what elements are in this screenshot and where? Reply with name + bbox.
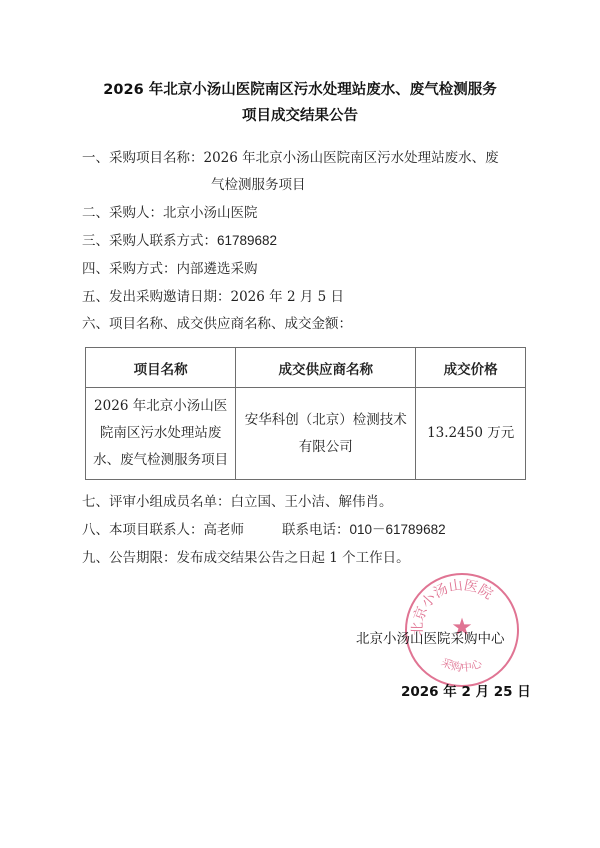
item-purchaser-contact: 三、采购人联系方式：61789682 bbox=[82, 229, 277, 249]
item-value: 内部遴选采购 bbox=[177, 261, 258, 277]
cell-price: 13.2450 万元 bbox=[416, 388, 526, 480]
item-value: 61789682 bbox=[217, 233, 277, 248]
cell-line: 2026 年北京小汤山医 bbox=[90, 393, 231, 420]
item-label: 一、采购项目名称： bbox=[82, 150, 204, 166]
document-title-line-2: 项目成交结果公告 bbox=[0, 104, 600, 125]
item-notice-period: 九、公告期限：发布成交结果公告之日起 1 个工作日。 bbox=[82, 546, 410, 566]
item-label: 四、采购方式： bbox=[82, 261, 177, 277]
item-value: 发布成交结果公告之日起 1 个工作日。 bbox=[177, 550, 410, 566]
cell-line: 有限公司 bbox=[240, 434, 411, 461]
item-purchaser: 二、采购人：北京小汤山医院 bbox=[82, 201, 258, 221]
document-title-line-1: 2026 年北京小汤山医院南区污水处理站废水、废气检测服务 bbox=[0, 78, 600, 99]
item-value: 2026 年北京小汤山医院南区污水处理站废水、废 bbox=[204, 150, 499, 166]
item-label: 六、项目名称、成交供应商名称、成交金额： bbox=[82, 316, 352, 332]
item-label: 二、采购人： bbox=[82, 205, 163, 221]
header-price: 成交价格 bbox=[416, 348, 526, 388]
item-contact-person: 八、本项目联系人：高老师联系电话：010－61789682 bbox=[82, 518, 446, 538]
cell-line: 院南区污水处理站废 bbox=[90, 420, 231, 447]
item-review-panel: 七、评审小组成员名单：白立国、王小洁、解伟肖。 bbox=[82, 490, 393, 510]
signature-organization: 北京小汤山医院采购中心 bbox=[356, 627, 505, 647]
item-project-name: 一、采购项目名称：2026 年北京小汤山医院南区污水处理站废水、废 bbox=[82, 146, 499, 166]
item-value: 北京小汤山医院 bbox=[163, 205, 258, 221]
signature-date: 2026 年 2 月 25 日 bbox=[401, 680, 531, 700]
item-label: 五、发出采购邀请日期： bbox=[82, 289, 231, 305]
header-supplier-name: 成交供应商名称 bbox=[236, 348, 416, 388]
item-procurement-method: 四、采购方式：内部遴选采购 bbox=[82, 257, 258, 277]
item-label: 三、采购人联系方式： bbox=[82, 233, 217, 249]
cell-line: 安华科创（北京）检测技术 bbox=[240, 407, 411, 434]
item-result-heading: 六、项目名称、成交供应商名称、成交金额： bbox=[82, 312, 352, 332]
item-label: 七、评审小组成员名单： bbox=[82, 494, 231, 510]
svg-text:采购中心: 采购中心 bbox=[439, 655, 485, 674]
table-header-row: 项目名称 成交供应商名称 成交价格 bbox=[86, 348, 526, 388]
item-label: 九、公告期限： bbox=[82, 550, 177, 566]
result-table: 项目名称 成交供应商名称 成交价格 2026 年北京小汤山医 院南区污水处理站废… bbox=[85, 347, 526, 480]
cell-line: 水、废气检测服务项目 bbox=[90, 447, 231, 474]
table-row: 2026 年北京小汤山医 院南区污水处理站废 水、废气检测服务项目 安华科创（北… bbox=[86, 388, 526, 480]
item-project-name-continued: 气检测服务项目 bbox=[211, 173, 306, 193]
item-invitation-date: 五、发出采购邀请日期：2026 年 2 月 5 日 bbox=[82, 285, 344, 305]
item-label: 八、本项目联系人： bbox=[82, 522, 204, 538]
cell-supplier-name: 安华科创（北京）检测技术 有限公司 bbox=[236, 388, 416, 480]
cell-project-name: 2026 年北京小汤山医 院南区污水处理站废 水、废气检测服务项目 bbox=[86, 388, 236, 480]
phone-value: 010－61789682 bbox=[350, 522, 446, 537]
phone-label: 联系电话： bbox=[282, 522, 350, 538]
item-value: 高老师 bbox=[204, 522, 245, 538]
item-value: 白立国、王小洁、解伟肖。 bbox=[231, 494, 393, 510]
item-value: 2026 年 2 月 5 日 bbox=[231, 289, 345, 305]
header-project-name: 项目名称 bbox=[86, 348, 236, 388]
